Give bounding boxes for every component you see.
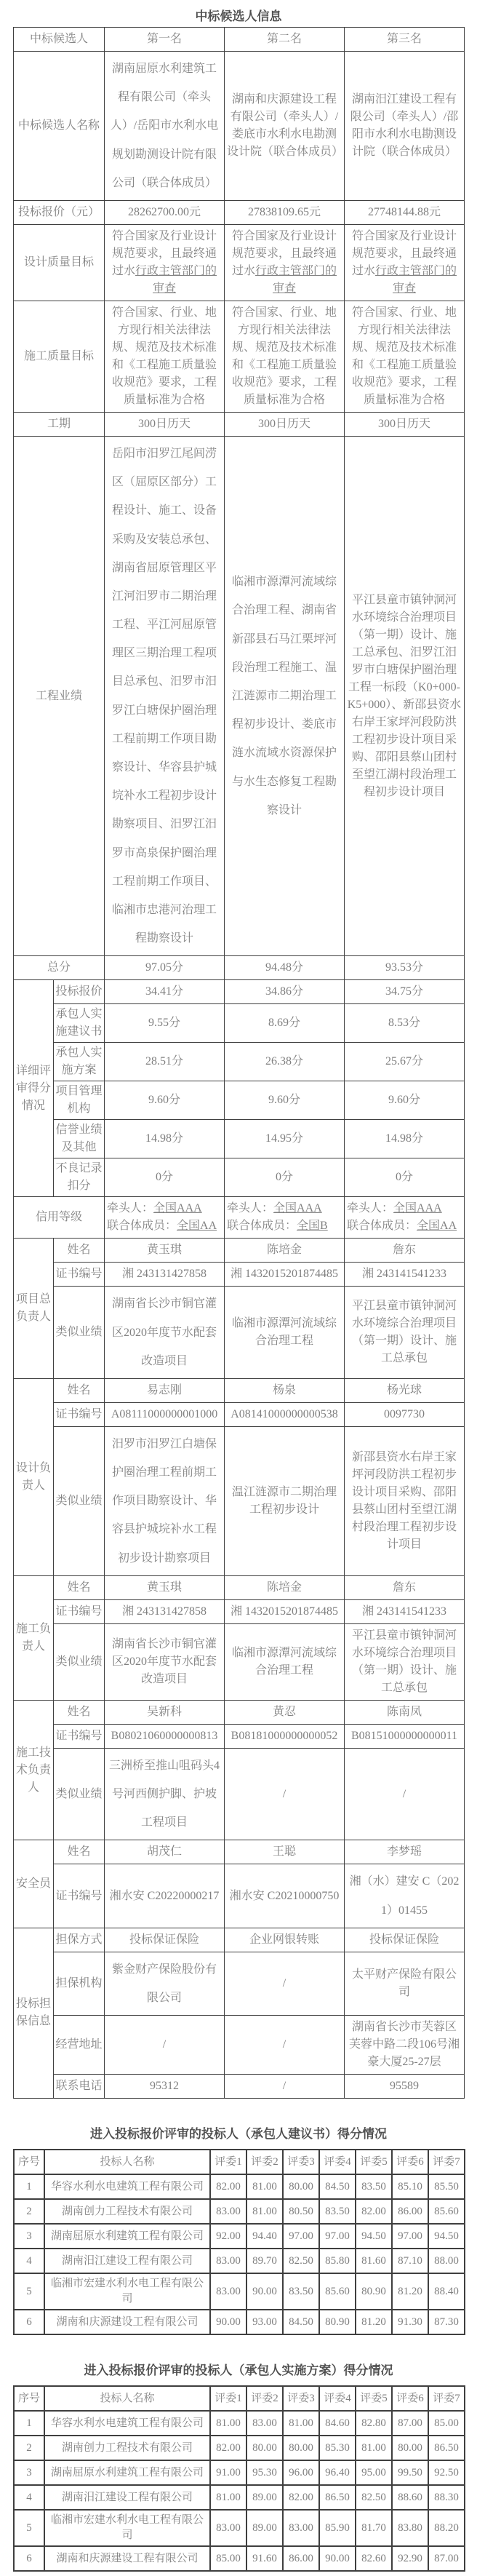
cell-judge-7-score: 88.30 <box>428 2485 465 2510</box>
cell-judge-6-score: 86.00 <box>392 2199 428 2224</box>
cell-judge-6-score: 87.10 <box>392 2249 428 2273</box>
header-rank-2: 第二名 <box>225 28 345 52</box>
cell-rank-1: 湘 243131427858 <box>105 1263 225 1287</box>
row-label: 承包人实施方案 <box>54 1043 105 1081</box>
cell-rank-2: 陈培金 <box>225 1239 345 1263</box>
cell-judge-4-score: 85.80 <box>319 2249 356 2273</box>
cell-rank-1: 97.05分 <box>105 956 225 980</box>
header-rank-3: 第三名 <box>345 28 465 52</box>
cell-rank-3: 9.60分 <box>345 1081 465 1120</box>
underlined-value: 全国B <box>297 1220 328 1232</box>
cell-rank-1: 湖南屈原水利建筑工程有限公司（牵头人）/岳阳市水利水电规划勘测设计院有限公司（联… <box>105 52 225 201</box>
table-row: 项目管理机构9.60分9.60分9.60分 <box>14 1081 465 1120</box>
cell-judge-2-score: 81.00 <box>246 2174 283 2199</box>
row-label: 信誉业绩及其他 <box>54 1120 105 1158</box>
row-label: 不良记录扣分 <box>54 1158 105 1197</box>
cell-judge-4-score: 84.50 <box>319 2174 356 2199</box>
row-label: 工程业绩 <box>14 436 105 955</box>
cell-judge-1-score: 85.00 <box>210 2546 246 2571</box>
cell-judge-1-score: 90.00 <box>210 2310 246 2334</box>
cell-rank-3: 太平财产保险有限公司 <box>345 1952 465 2015</box>
cell-rank-3: 符合国家、行业、地方现行相关法律法规、规范及技术标准和《工程施工质量验收规范》要… <box>345 301 465 412</box>
cell-judge-4-score: 86.50 <box>319 2485 356 2510</box>
cell-rank-2: 湘 1432015201874485 <box>225 1263 345 1287</box>
table-row: 投标报价（元）28262700.00元27838109.65元27748144.… <box>14 200 465 224</box>
bottom-gap <box>0 2572 477 2576</box>
table-row: 设计质量目标符合国家及行业设计规范要求，且最终通过水行政主管部门的审查符合国家及… <box>14 224 465 301</box>
cell-judge-7-score: 88.20 <box>428 2510 465 2546</box>
row-label: 类似业绩 <box>54 1623 105 1700</box>
header-bidder-name: 投标人名称 <box>44 2386 210 2411</box>
cell-rank-1: 易志刚 <box>105 1378 225 1402</box>
cell-rank-2: 94.48分 <box>225 956 345 980</box>
cell-rank-2: 王聪 <box>225 1840 345 1864</box>
cell-rank-2: / <box>225 1952 345 2015</box>
cell-judge-4-score: 97.00 <box>319 2224 356 2249</box>
cell-rank-3: 詹东 <box>345 1575 465 1599</box>
cell-judge-7-score: 85.50 <box>428 2174 465 2199</box>
table-row: 详细评审得分情况投标报价34.41分34.86分34.75分 <box>14 980 465 1004</box>
cell-rank-3: B08151000000000011 <box>345 1724 465 1748</box>
cell-rank-2: 符合国家、行业、地方现行相关法律法规、规范及技术标准和《工程施工质量验收规范》要… <box>225 301 345 412</box>
cell-rank-3: 投标保证保险 <box>345 1928 465 1952</box>
cell-rank-2: 温江涟源市二期治理工程初步设计 <box>225 1426 345 1575</box>
cell-index: 5 <box>14 2510 44 2546</box>
cell-judge-4-score: 84.60 <box>319 2411 356 2436</box>
row-label: 类似业绩 <box>54 1426 105 1575</box>
cell-judge-4-score: 96.40 <box>319 2460 356 2485</box>
cell-judge-1-score: 91.00 <box>210 2460 246 2485</box>
cell-rank-2: 临湘市源潭河流域综合治理工程 <box>225 1623 345 1700</box>
cell-judge-3-score: 80.50 <box>283 2199 319 2224</box>
cell-rank-3: 李梦瑶 <box>345 1840 465 1864</box>
header-judge-1: 评委1 <box>210 2150 246 2174</box>
cell-rank-1: 符合国家及行业设计规范要求，且最终通过水行政主管部门的审查 <box>105 224 225 301</box>
cell-judge-7-score: 86.50 <box>428 2436 465 2460</box>
plan-scores-title: 进入投标报价评审的投标人（承包人实施方案）得分情况 <box>0 2360 477 2378</box>
cell-rank-1: 三洲桥至推山咀码头4号河西侧护脚、护坡工程项目 <box>105 1748 225 1840</box>
table-row: 经营地址//湖南省长沙市芙蓉区芙蓉中路二段106号湘豪大厦25-27层 <box>14 2016 465 2075</box>
row-label: 投标报价 <box>54 980 105 1004</box>
header-judge-3: 评委3 <box>283 2150 319 2174</box>
cell-rank-1: 0分 <box>105 1158 225 1197</box>
table-header-row: 中标候选人第一名第二名第三名 <box>14 28 465 52</box>
table-row: 类似业绩三洲桥至推山咀码头4号河西侧护脚、护坡工程项目// <box>14 1748 465 1840</box>
cell-rank-3: 95589 <box>345 2075 465 2099</box>
cell-rank-1: 28262700.00元 <box>105 200 225 224</box>
cell-rank-2: 14.95分 <box>225 1120 345 1158</box>
cell-rank-1: 湖南省长沙市铜官灌区2020年度节水配套改造项目 <box>105 1623 225 1700</box>
row-label: 证书编号 <box>54 1864 105 1928</box>
table-row: 担保机构紫金财产保险股份有限公司/太平财产保险有限公司 <box>14 1952 465 2015</box>
table-row: 类似业绩湖南省长沙市铜官灌区2020年度节水配套改造项目临湘市源潭河流域综合治理… <box>14 1623 465 1700</box>
row-label: 姓名 <box>54 1700 105 1724</box>
cell-rank-1: B08021060000000813 <box>105 1724 225 1748</box>
cell-rank-3: 93.53分 <box>345 956 465 980</box>
header-judge-5: 评委5 <box>356 2150 392 2174</box>
cell-rank-1: 符合国家、行业、地方现行相关法律法规、规范及技术标准和《工程施工质量验收规范》要… <box>105 301 225 412</box>
row-label: 中标候选人名称 <box>14 52 105 201</box>
cell-rank-1: A08111000000001000 <box>105 1402 225 1426</box>
row-group-label: 项目总负责人 <box>14 1239 54 1379</box>
cell-rank-3: 0分 <box>345 1158 465 1197</box>
row-group-label: 设计负责人 <box>14 1378 54 1575</box>
cell-rank-2: 企业网银转账 <box>225 1928 345 1952</box>
cell-judge-3-score: 82.00 <box>283 2485 319 2510</box>
header-bidder-name: 投标人名称 <box>44 2150 210 2174</box>
table-row: 承包人实施方案28.51分26.38分25.67分 <box>14 1043 465 1081</box>
cell-rank-2: 陈培金 <box>225 1575 345 1599</box>
cell-judge-2-score: 94.40 <box>246 2224 283 2249</box>
cell-judge-5-score: 81.00 <box>356 2436 392 2460</box>
cell-rank-3: 新邵县资水右岸王家坪河段防洪工程初步设计项目采购、邵阳县蔡山团村至望江湖村段治理… <box>345 1426 465 1575</box>
cell-bidder-name: 湖南汨江建设工程有限公司 <box>44 2249 210 2273</box>
cell-rank-2: 临湘市源潭河流域综合治理工程、湖南省新邵县石马江栗坪河段治理工程施工、温江涟源市… <box>225 436 345 955</box>
cell-judge-5-score: 82.80 <box>356 2411 392 2436</box>
header-judge-4: 评委4 <box>319 2150 356 2174</box>
cell-judge-6-score: 91.30 <box>392 2310 428 2334</box>
cell-judge-6-score: 83.80 <box>392 2510 428 2546</box>
cell-rank-1: 湘 243131427858 <box>105 1599 225 1623</box>
table-header-row: 序号投标人名称评委1评委2评委3评委4评委5评委6评委7 <box>14 2150 465 2174</box>
table-row: 施工技术负责人姓名吴新科黄忍陈南凤 <box>14 1700 465 1724</box>
cell-rank-3: 湖南汨江建设工程有限公司（牵头人）/邵阳市水利水电勘测设计院（联合体成员） <box>345 52 465 201</box>
plan-scores-table: 序号投标人名称评委1评委2评委3评委4评委5评委6评委71华容水利水电建筑工程有… <box>13 2385 465 2572</box>
cell-judge-1-score: 82.00 <box>210 2174 246 2199</box>
cell-judge-3-score: 96.00 <box>283 2460 319 2485</box>
cell-rank-3: / <box>345 1748 465 1840</box>
row-label: 证书编号 <box>54 1402 105 1426</box>
table-row: 承包人实施建议书9.55分8.69分8.53分 <box>14 1004 465 1043</box>
table-row: 总分97.05分94.48分93.53分 <box>14 956 465 980</box>
cell-rank-3: 陈南凤 <box>345 1700 465 1724</box>
cell-judge-3-score: 81.00 <box>283 2411 319 2436</box>
proposal-scores-table: 序号投标人名称评委1评委2评委3评委4评委5评委6评委71华容水利水电建筑工程有… <box>13 2149 465 2335</box>
cell-judge-5-score: 83.50 <box>356 2174 392 2199</box>
row-label: 担保方式 <box>54 1928 105 1952</box>
cell-rank-3: 34.75分 <box>345 980 465 1004</box>
row-label: 证书编号 <box>54 1263 105 1287</box>
cell-bidder-name: 湖南创力工程技术有限公司 <box>44 2436 210 2460</box>
header-judge-7: 评委7 <box>428 2386 465 2411</box>
cell-rank-2: 26.38分 <box>225 1043 345 1081</box>
cell-judge-4-score: 83.50 <box>319 2199 356 2224</box>
cell-rank-3: 湘（水）建安 C（2021）01455 <box>345 1864 465 1928</box>
table-row: 证书编号湘 243131427858湘 1432015201874485湘 24… <box>14 1599 465 1623</box>
cell-rank-3: 8.53分 <box>345 1004 465 1043</box>
cell-judge-5-score: 82.00 <box>356 2199 392 2224</box>
cell-judge-2-score: 93.00 <box>246 2310 283 2334</box>
cell-rank-3: 詹东 <box>345 1239 465 1263</box>
table-row: 证书编号A08111000000001000A08141000000000538… <box>14 1402 465 1426</box>
underlined-value: 全国AAA <box>393 1202 442 1215</box>
row-label: 信用等级 <box>14 1197 105 1239</box>
cell-judge-5-score: 94.50 <box>356 2224 392 2249</box>
candidates-table: 中标候选人第一名第二名第三名中标候选人名称湖南屈原水利建筑工程有限公司（牵头人）… <box>13 27 465 2099</box>
cell-rank-1: 岳阳市汨罗江尾闾涝区（屈原区部分）工程设计、施工、设备采购及安装总承包、湖南省屈… <box>105 436 225 955</box>
cell-judge-5-score: 81.20 <box>356 2310 392 2334</box>
cell-judge-6-score: 81.20 <box>392 2273 428 2310</box>
cell-judge-6-score: 80.00 <box>392 2436 428 2460</box>
cell-judge-7-score: 85.00 <box>428 2411 465 2436</box>
cell-rank-1: 28.51分 <box>105 1043 225 1081</box>
cell-judge-1-score: 83.00 <box>210 2273 246 2310</box>
header-index: 序号 <box>14 2150 44 2174</box>
table-row: 工期300日历天300日历天300日历天 <box>14 412 465 436</box>
cell-judge-6-score: 99.50 <box>392 2460 428 2485</box>
header-judge-6: 评委6 <box>392 2150 428 2174</box>
cell-rank-3: 牵头人：全国AAA联合体成员：全国AA <box>345 1197 465 1239</box>
cell-rank-2: 黄忍 <box>225 1700 345 1724</box>
underlined-value: 全国AA <box>177 1220 217 1232</box>
cell-judge-3-score: 82.50 <box>283 2249 319 2273</box>
cell-judge-4-score: 85.90 <box>319 2510 356 2546</box>
underlined-value: 全国AA <box>417 1220 457 1232</box>
cell-judge-5-score: 81.60 <box>356 2249 392 2273</box>
cell-judge-5-score: 81.70 <box>356 2510 392 2546</box>
row-label: 姓名 <box>54 1239 105 1263</box>
cell-judge-7-score: 87.30 <box>428 2310 465 2334</box>
cell-rank-2: 8.69分 <box>225 1004 345 1043</box>
cell-index: 4 <box>14 2485 44 2510</box>
cell-rank-1: 胡茂仁 <box>105 1840 225 1864</box>
cell-rank-3: 平江县童市镇钟洞河水环境综合治理项目（第一期）设计、施工总承包 <box>345 1287 465 1379</box>
table-row: 证书编号湘水安 C20220000217湘水安 C20210000750湘（水）… <box>14 1864 465 1928</box>
table-row: 投标担保信息担保方式投标保证保险企业网银转账投标保证保险 <box>14 1928 465 1952</box>
table-row: 证书编号B08021060000000813B08181000000000052… <box>14 1724 465 1748</box>
cell-index: 2 <box>14 2436 44 2460</box>
cell-rank-2: / <box>225 2016 345 2075</box>
table-row: 5临湘市宏建水利水电工程有限公司83.0089.0083.0085.9081.7… <box>14 2510 465 2546</box>
cell-rank-3: 湘 243141541233 <box>345 1263 465 1287</box>
row-label: 姓名 <box>54 1575 105 1599</box>
cell-judge-2-score: 90.00 <box>246 2273 283 2310</box>
cell-bidder-name: 湖南和庆源建设工程有限公司 <box>44 2546 210 2571</box>
cell-judge-6-score: 85.10 <box>392 2174 428 2199</box>
cell-rank-3: 27748144.88元 <box>345 200 465 224</box>
cell-rank-2: 9.60分 <box>225 1081 345 1120</box>
cell-index: 3 <box>14 2460 44 2485</box>
cell-rank-3: 杨光球 <box>345 1378 465 1402</box>
header-judge-2: 评委2 <box>246 2150 283 2174</box>
cell-rank-1: 300日历天 <box>105 412 225 436</box>
cell-bidder-name: 湖南创力工程技术有限公司 <box>44 2199 210 2224</box>
cell-judge-7-score: 88.00 <box>428 2249 465 2273</box>
underlined-value: 行政主管部门的审查 <box>135 265 217 295</box>
cell-judge-6-score: 87.00 <box>392 2411 428 2436</box>
header-candidate-label: 中标候选人 <box>14 28 105 52</box>
cell-judge-2-score: 89.70 <box>246 2249 283 2273</box>
table-row: 设计负责人姓名易志刚杨泉杨光球 <box>14 1378 465 1402</box>
cell-judge-2-score: 89.00 <box>246 2510 283 2546</box>
cell-judge-3-score: 86.00 <box>283 2546 319 2571</box>
cell-rank-3: 平江县童市镇钟洞河水环境综合治理项目（第一期）设计、施工总承包 <box>345 1623 465 1700</box>
cell-index: 3 <box>14 2224 44 2249</box>
cell-judge-6-score: 97.00 <box>392 2224 428 2249</box>
row-label: 工期 <box>14 412 105 436</box>
underlined-value: 全国AAA <box>273 1202 322 1215</box>
row-label: 设计质量目标 <box>14 224 105 301</box>
cell-bidder-name: 临湘市宏建水利水电工程有限公司 <box>44 2510 210 2546</box>
row-group-label: 投标担保信息 <box>14 1928 54 2098</box>
table-row: 6湖南和庆源建设工程有限公司85.0091.6086.0090.0082.609… <box>14 2546 465 2571</box>
table-row: 不良记录扣分0分0分0分 <box>14 1158 465 1197</box>
cell-rank-2: 27838109.65元 <box>225 200 345 224</box>
header-index: 序号 <box>14 2386 44 2411</box>
cell-judge-7-score: 94.50 <box>428 2224 465 2249</box>
cell-rank-3: 14.98分 <box>345 1120 465 1158</box>
cell-judge-2-score: 91.60 <box>246 2546 283 2571</box>
cell-judge-2-score: 80.00 <box>246 2436 283 2460</box>
cell-judge-5-score: 82.60 <box>356 2546 392 2571</box>
cell-rank-3: 25.67分 <box>345 1043 465 1081</box>
row-group-label: 施工负责人 <box>14 1575 54 1700</box>
cell-judge-7-score: 85.60 <box>428 2199 465 2224</box>
cell-rank-1: 34.41分 <box>105 980 225 1004</box>
table-row: 施工负责人姓名黄玉琪陈培金詹东 <box>14 1575 465 1599</box>
row-label: 姓名 <box>54 1378 105 1402</box>
table-row: 1华容水利水电建筑工程有限公司81.0083.0081.0084.6082.80… <box>14 2411 465 2436</box>
cell-rank-2: 湘水安 C20210000750 <box>225 1864 345 1928</box>
cell-rank-1: 95312 <box>105 2075 225 2099</box>
row-label: 证书编号 <box>54 1724 105 1748</box>
table-header-row: 序号投标人名称评委1评委2评委3评委4评委5评委6评委7 <box>14 2386 465 2411</box>
header-rank-1: 第一名 <box>105 28 225 52</box>
table-row: 1华容水利水电建筑工程有限公司82.0081.0080.0084.5083.50… <box>14 2174 465 2199</box>
table-row: 4湖南汨江建设工程有限公司83.0089.7082.5085.8081.6087… <box>14 2249 465 2273</box>
row-label: 总分 <box>14 956 105 980</box>
cell-judge-4-score: 80.90 <box>319 2310 356 2334</box>
cell-rank-2: 34.86分 <box>225 980 345 1004</box>
cell-judge-3-score: 97.00 <box>283 2224 319 2249</box>
table-row: 项目总负责人姓名黄玉琪陈培金詹东 <box>14 1239 465 1263</box>
cell-judge-1-score: 81.00 <box>210 2411 246 2436</box>
header-judge-1: 评委1 <box>210 2386 246 2411</box>
cell-bidder-name: 华容水利水电建筑工程有限公司 <box>44 2411 210 2436</box>
underlined-value: 行政主管部门的审查 <box>255 265 337 295</box>
table-row: 中标候选人名称湖南屈原水利建筑工程有限公司（牵头人）/岳阳市水利水电规划勘测设计… <box>14 52 465 201</box>
cell-judge-3-score: 80.00 <box>283 2436 319 2460</box>
cell-judge-2-score: 89.00 <box>246 2485 283 2510</box>
row-label: 联系电话 <box>54 2075 105 2099</box>
table-row: 类似业绩湖南省长沙市铜官灌区2020年度节水配套改造项目临湘市源潭河流域综合治理… <box>14 1287 465 1379</box>
underlined-value: 全国AAA <box>153 1202 202 1215</box>
row-label: 担保机构 <box>54 1952 105 2015</box>
cell-rank-3: 湘 243141541233 <box>345 1599 465 1623</box>
cell-index: 2 <box>14 2199 44 2224</box>
row-label: 承包人实施建议书 <box>54 1004 105 1043</box>
cell-bidder-name: 华容水利水电建筑工程有限公司 <box>44 2174 210 2199</box>
cell-rank-1: 牵头人：全国AAA联合体成员：全国AA <box>105 1197 225 1239</box>
cell-index: 6 <box>14 2546 44 2571</box>
table-row: 3湖南屈原水利建筑工程有限公司92.0094.4097.0097.0094.50… <box>14 2224 465 2249</box>
page: 中标候选人信息 中标候选人第一名第二名第三名中标候选人名称湖南屈原水利建筑工程有… <box>0 6 477 2576</box>
table-row: 联系电话95312/95589 <box>14 2075 465 2099</box>
cell-rank-3: 0097730 <box>345 1402 465 1426</box>
proposal-scores-title: 进入投标报价评审的投标人（承包人建议书）得分情况 <box>0 2123 477 2142</box>
row-label: 投标报价（元） <box>14 200 105 224</box>
cell-rank-3: 平江县童市镇钟洞河水环境综合治理项目（第一期）设计、施工总承包、汨罗江汨罗市白塘… <box>345 436 465 955</box>
header-judge-7: 评委7 <box>428 2150 465 2174</box>
cell-rank-2: 牵头人：全国AAA联合体成员：全国B <box>225 1197 345 1239</box>
cell-index: 6 <box>14 2310 44 2334</box>
cell-rank-1: 紫金财产保险股份有限公司 <box>105 1952 225 2015</box>
header-judge-6: 评委6 <box>392 2386 428 2411</box>
row-label: 项目管理机构 <box>54 1081 105 1120</box>
row-label: 类似业绩 <box>54 1748 105 1840</box>
table-row: 证书编号湘 243131427858湘 1432015201874485湘 24… <box>14 1263 465 1287</box>
cell-judge-2-score: 81.00 <box>246 2199 283 2224</box>
cell-bidder-name: 临湘市宏建水利水电工程有限公司 <box>44 2273 210 2310</box>
header-judge-2: 评委2 <box>246 2386 283 2411</box>
cell-judge-1-score: 83.00 <box>210 2249 246 2273</box>
cell-judge-6-score: 92.90 <box>392 2546 428 2571</box>
cell-judge-3-score: 83.00 <box>283 2510 319 2546</box>
cell-rank-2: A08141000000000538 <box>225 1402 345 1426</box>
cell-rank-1: 湘水安 C20220000217 <box>105 1864 225 1928</box>
cell-rank-2: 符合国家及行业设计规范要求，且最终通过水行政主管部门的审查 <box>225 224 345 301</box>
cell-judge-5-score: 82.50 <box>356 2485 392 2510</box>
cell-rank-2: 湖南和庆源建设工程有限公司（牵头人）/娄底市水利水电勘测设计院（联合体成员） <box>225 52 345 201</box>
table-row: 信誉业绩及其他14.98分14.95分14.98分 <box>14 1120 465 1158</box>
cell-rank-1: 汨罗市汨罗江白塘保护圈治理工程前期工作项目勘察设计、华容县护城垸补水工程初步设计… <box>105 1426 225 1575</box>
header-judge-5: 评委5 <box>356 2386 392 2411</box>
cell-rank-1: 9.60分 <box>105 1081 225 1120</box>
cell-judge-5-score: 95.00 <box>356 2460 392 2485</box>
cell-rank-3: 湖南省长沙市芙蓉区芙蓉中路二段106号湘豪大厦25-27层 <box>345 2016 465 2075</box>
cell-bidder-name: 湖南和庆源建设工程有限公司 <box>44 2310 210 2334</box>
main-title: 中标候选人信息 <box>0 6 477 24</box>
cell-rank-2: B08181000000000052 <box>225 1724 345 1748</box>
table-row: 5临湘市宏建水利水电工程有限公司83.0090.0083.5085.6080.9… <box>14 2273 465 2310</box>
table-row: 6湖南和庆源建设工程有限公司90.0093.0084.5080.9081.209… <box>14 2310 465 2334</box>
cell-index: 5 <box>14 2273 44 2310</box>
cell-judge-7-score: 92.50 <box>428 2460 465 2485</box>
cell-judge-1-score: 83.00 <box>210 2510 246 2546</box>
table-row: 2湖南创力工程技术有限公司82.0080.0080.0085.3081.0080… <box>14 2436 465 2460</box>
cell-rank-1: / <box>105 2016 225 2075</box>
table-row: 类似业绩汨罗市汨罗江白塘保护圈治理工程前期工作项目勘察设计、华容县护城垸补水工程… <box>14 1426 465 1575</box>
cell-judge-4-score: 90.00 <box>319 2546 356 2571</box>
table-row: 工程业绩岳阳市汨罗江尾闾涝区（屈原区部分）工程设计、施工、设备采购及安装总承包、… <box>14 436 465 955</box>
cell-judge-2-score: 83.00 <box>246 2411 283 2436</box>
cell-rank-2: 湘 1432015201874485 <box>225 1599 345 1623</box>
cell-rank-3: 符合国家及行业设计规范要求，且最终通过水行政主管部门的审查 <box>345 224 465 301</box>
cell-rank-2: 0分 <box>225 1158 345 1197</box>
table-row: 2湖南创力工程技术有限公司83.0081.0080.5083.5082.0086… <box>14 2199 465 2224</box>
row-group-label: 详细评审得分情况 <box>14 980 54 1197</box>
cell-judge-4-score: 85.60 <box>319 2273 356 2310</box>
row-group-label: 安全员 <box>14 1840 54 1928</box>
cell-judge-5-score: 80.90 <box>356 2273 392 2310</box>
table-row: 安全员姓名胡茂仁王聪李梦瑶 <box>14 1840 465 1864</box>
cell-judge-3-score: 83.50 <box>283 2273 319 2310</box>
row-group-label: 施工技术负责人 <box>14 1700 54 1840</box>
table-row: 信用等级牵头人：全国AAA联合体成员：全国AA牵头人：全国AAA联合体成员：全国… <box>14 1197 465 1239</box>
cell-judge-1-score: 92.00 <box>210 2224 246 2249</box>
cell-index: 1 <box>14 2174 44 2199</box>
cell-judge-1-score: 83.00 <box>210 2199 246 2224</box>
cell-rank-1: 黄玉琪 <box>105 1575 225 1599</box>
cell-rank-3: 300日历天 <box>345 412 465 436</box>
cell-judge-3-score: 84.50 <box>283 2310 319 2334</box>
cell-bidder-name: 湖南屈原水利建筑工程有限公司 <box>44 2224 210 2249</box>
underlined-value: 行政主管部门的审查 <box>375 265 457 295</box>
cell-judge-7-score: 87.00 <box>428 2546 465 2571</box>
cell-judge-7-score: 88.40 <box>428 2273 465 2310</box>
cell-judge-6-score: 88.60 <box>392 2485 428 2510</box>
row-label: 姓名 <box>54 1840 105 1864</box>
